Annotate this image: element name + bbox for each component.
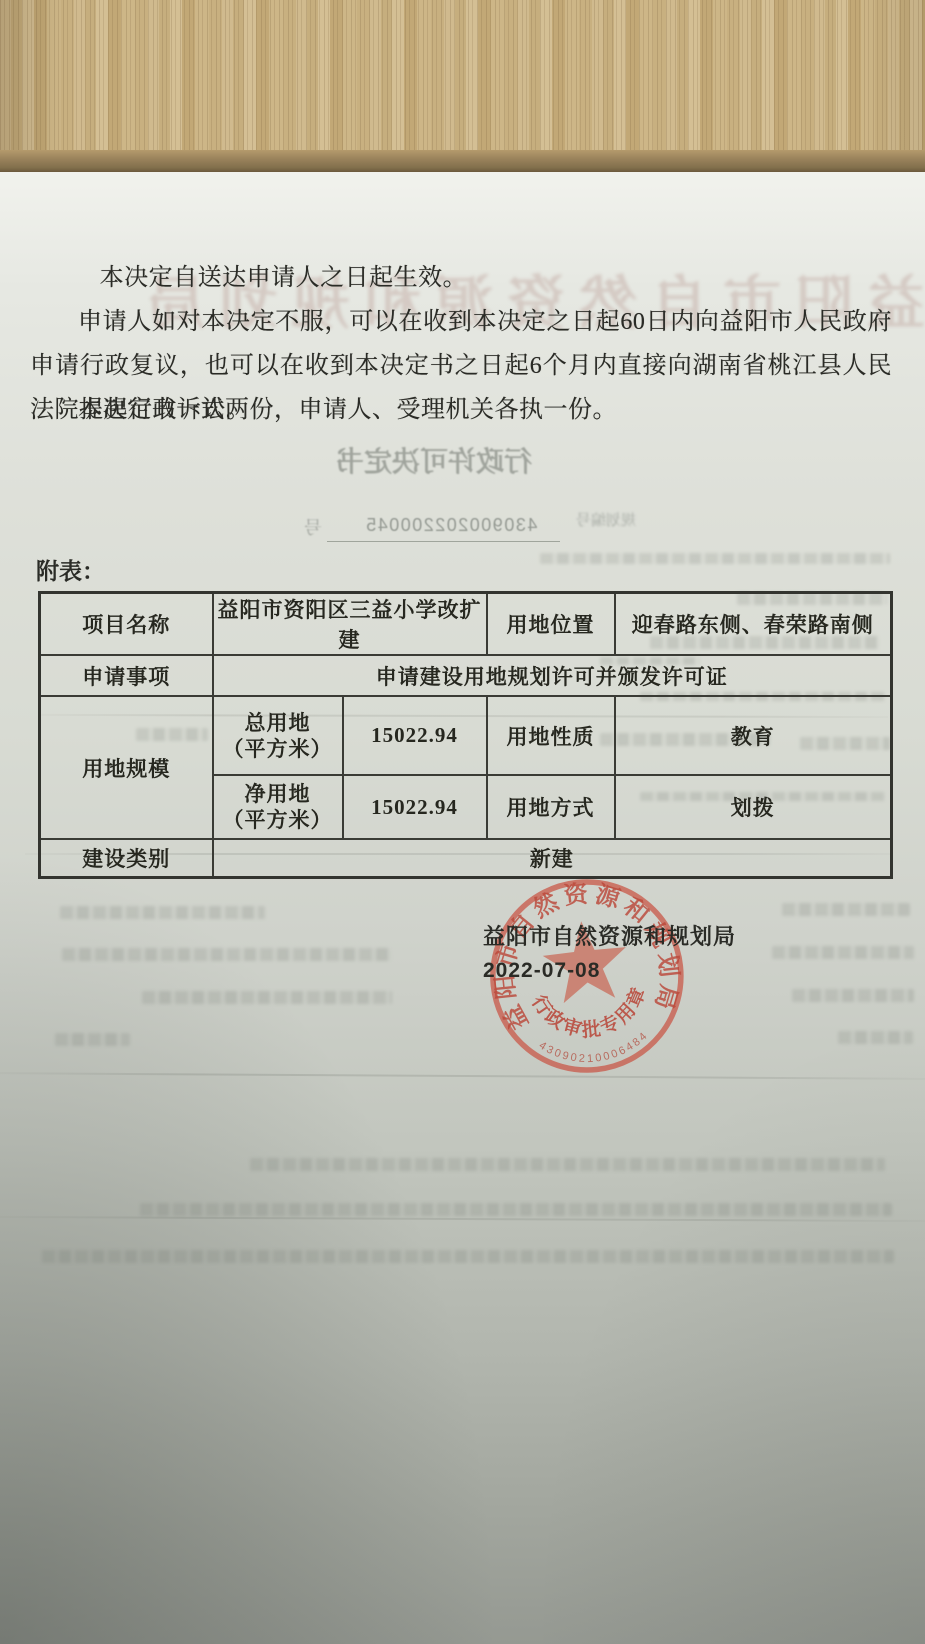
paragraph-effective-date: 本决定自送达申请人之日起生效。 xyxy=(30,256,892,300)
ghost-serial-underline xyxy=(327,541,560,542)
issuing-agency: 益阳市自然资源和规划局 xyxy=(483,920,736,951)
project-name-value: 益阳市资阳区三益小学改扩建 xyxy=(213,593,487,656)
wood-desk-edge xyxy=(0,150,925,172)
apply-label: 申请事项 xyxy=(40,655,213,696)
apply-value: 申请建设用地规划许可并颁发许可证 xyxy=(213,655,892,696)
paragraph-copies: 本决定书一式两份，申请人、受理机关各执一份。 xyxy=(30,388,892,432)
category-value: 新建 xyxy=(213,839,892,877)
land-scale-label: 用地规模 xyxy=(40,696,213,839)
land-nature-value: 教育 xyxy=(615,696,892,775)
attachment-label: 附表： xyxy=(36,553,105,586)
table-row: 建设类别 新建 xyxy=(40,839,892,877)
project-name-label: 项目名称 xyxy=(40,593,213,656)
land-method-value: 划拨 xyxy=(615,775,892,839)
land-method-label: 用地方式 xyxy=(487,775,615,839)
issue-date: 2022-07-08 xyxy=(483,959,600,983)
table-row: 项目名称 益阳市资阳区三益小学改扩建 用地位置 迎春路东侧、春荣路南侧 xyxy=(40,593,892,656)
document-photo: 益阳市自然资源和规划局 行政许可决定书 号 430900202200045 规划… xyxy=(0,0,925,1644)
wood-desk-surface xyxy=(0,0,925,152)
table-row: 用地规模 总用地 （平方米） 15022.94 用地性质 教育 xyxy=(40,696,892,775)
category-label: 建设类别 xyxy=(40,839,213,877)
land-nature-label: 用地性质 xyxy=(487,696,615,775)
total-area-value: 15022.94 xyxy=(343,696,487,775)
permit-details-table: 项目名称 益阳市资阳区三益小学改扩建 用地位置 迎春路东侧、春荣路南侧 申请事项… xyxy=(38,591,893,879)
total-area-label: 总用地 （平方米） xyxy=(213,696,343,775)
table-row: 申请事项 申请建设用地规划许可并颁发许可证 xyxy=(40,655,892,696)
location-value: 迎春路东侧、春荣路南侧 xyxy=(615,593,892,656)
location-label: 用地位置 xyxy=(487,593,615,656)
net-area-value: 15022.94 xyxy=(343,775,487,839)
net-area-label: 净用地 （平方米） xyxy=(213,775,343,839)
